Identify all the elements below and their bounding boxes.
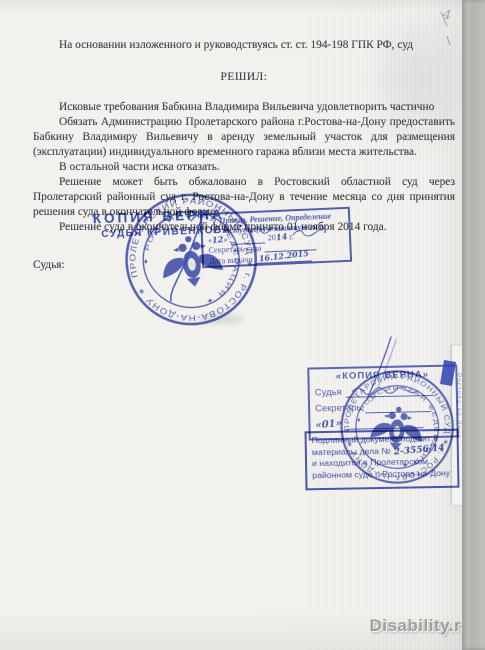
year-suffix: г. xyxy=(289,232,294,242)
paragraph: Обязать Администрацию Пролетарского райо… xyxy=(33,115,455,160)
scanned-court-decision-page: На основании изложенного и руководствуяс… xyxy=(0,0,485,650)
scanner-edge-band xyxy=(462,0,485,650)
page-number-mark: 4 xyxy=(442,7,452,23)
filed-line4: районном суде г. Ростова-на-Дону xyxy=(312,467,452,481)
site-watermark: Disability.ru xyxy=(369,616,472,636)
court-round-seal: ПРОЛЕТАРСКИЙ РАЙОННЫЙ СУД ✶ г. РОСТОВА-Н… xyxy=(114,182,269,342)
intro-line: На основании изложенного и руководствуяс… xyxy=(33,38,455,53)
issued-blank: 16.12.2015 xyxy=(255,250,311,263)
resolution-heading: РЕШИЛ: xyxy=(33,70,455,85)
paragraph: В остальной части иска отказать. xyxy=(33,160,455,175)
copy-judge-label: Судья xyxy=(315,387,342,399)
court-seal-graphic: ПРОЛЕТАРСКИЙ РАЙОННЫЙ СУД ✶ г. РОСТОВА-Н… xyxy=(114,182,269,337)
original-filed-stamp: Подлинный документ подшит в материалы де… xyxy=(304,429,459,491)
handwritten-year: 14 xyxy=(275,232,287,243)
judge-label: Судья: xyxy=(33,259,65,271)
paragraph: Исковые требования Бабкина Владимира Вил… xyxy=(33,100,455,115)
coat-of-arms-eagle-icon xyxy=(158,232,225,291)
